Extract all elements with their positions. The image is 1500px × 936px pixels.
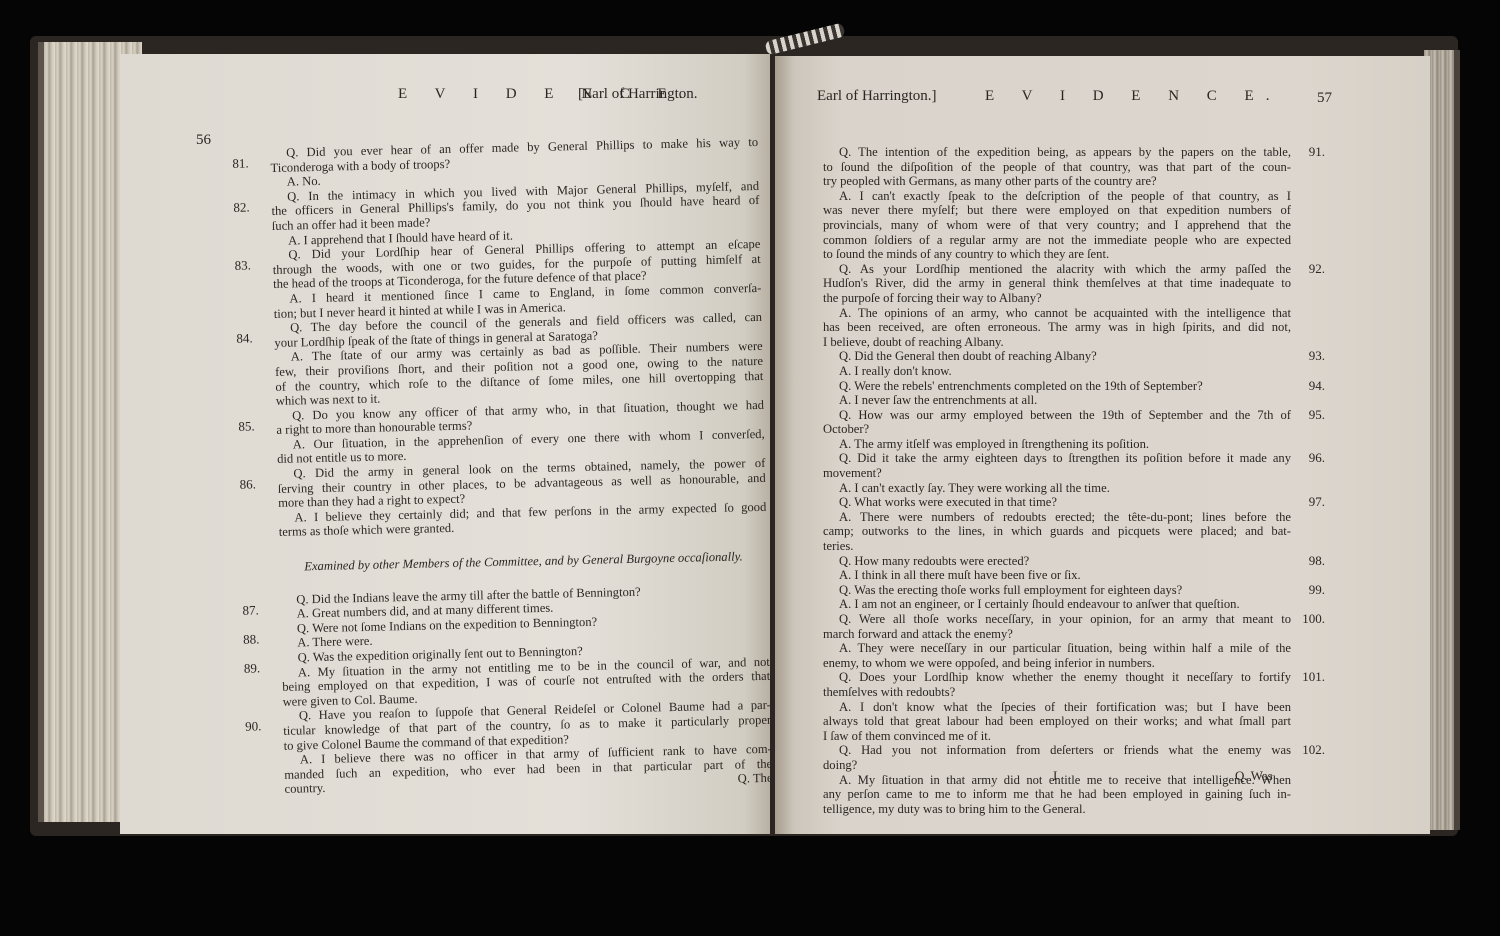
text-line: was never there myſelf; but there were e…	[823, 203, 1291, 218]
catchword: Q. Was	[1235, 768, 1273, 784]
text-line: Hudſon's River, did the army in general …	[823, 276, 1291, 291]
question-number: 97.	[1309, 495, 1325, 510]
text-line: try peopled with Germans, as many other …	[823, 174, 1291, 189]
running-title: E V I D E N C E.	[985, 88, 1281, 105]
text-line: always told that great labour had been e…	[823, 714, 1291, 729]
qa-entry: 99.Q. Was the erecting thoſe works full …	[823, 583, 1291, 612]
question-number: 95.	[1309, 408, 1325, 423]
question-line: Q. Did it take the army eighteen days to…	[823, 451, 1291, 466]
qa-entry: 100.Q. Were all thoſe works neceſſary, i…	[823, 612, 1291, 670]
left-page: 56 E V I D E N C E. [Earl of Harrington.…	[120, 54, 770, 834]
question-number: 83.	[235, 259, 252, 274]
question-number: 92.	[1309, 262, 1325, 277]
question-number: 91.	[1309, 145, 1325, 160]
text-line: telligence, my duty was to bring him to …	[823, 802, 1291, 817]
question-number: 98.	[1309, 554, 1325, 569]
qa-entry: 97.Q. What works were executed in that t…	[823, 495, 1291, 553]
running-name: Earl of Harrington.]	[817, 88, 937, 105]
section-heading: Examined by other Members of the Committ…	[279, 549, 767, 575]
question-number: 84.	[236, 332, 253, 347]
text-line: October?	[823, 422, 1291, 437]
question-number: 85.	[238, 419, 255, 434]
text-line: movement?	[823, 466, 1291, 481]
qa-entry: 91.Q. The intention of the expedition be…	[823, 145, 1291, 262]
answer-line: A. They were neceſſary in our particular…	[823, 641, 1291, 656]
qa-entry: 95.Q. How was our army employed between …	[823, 408, 1291, 452]
text-line: has been received, are often erroneous. …	[823, 320, 1291, 335]
question-number: 96.	[1309, 451, 1325, 466]
question-number: 93.	[1309, 349, 1325, 364]
answer-line: A. I can't exactly ſay. They were workin…	[823, 481, 1291, 496]
page-number: 57	[1317, 90, 1332, 107]
qa-entry: 86.Q. Did the army in general look on th…	[277, 456, 767, 540]
question-line: Q. What works were executed in that time…	[823, 495, 1291, 510]
qa-entry: 90.Q. Have you reaſon to ſuppoſe that Ge…	[283, 698, 773, 797]
question-number: 89.	[244, 661, 261, 676]
answer-line: A. There were numbers of redoubts erecte…	[823, 510, 1291, 525]
question-number: 88.	[243, 632, 260, 647]
page-number: 56	[196, 132, 211, 149]
question-number: 82.	[233, 200, 250, 215]
text-line: enemy, to whom we were oppoſed, and bein…	[823, 656, 1291, 671]
qa-entry: 96.Q. Did it take the army eighteen days…	[823, 451, 1291, 495]
question-line: Q. Were the rebels' entrenchments comple…	[823, 379, 1291, 394]
text-line: the purpoſe of forcing their way to Alba…	[823, 291, 1291, 306]
qa-entry: 92.Q. As your Lordſhip mentioned the ala…	[823, 262, 1291, 350]
qa-entry: 94.Q. Were the rebels' entrenchments com…	[823, 379, 1291, 408]
question-line: Q. How many redoubts were erected?	[823, 554, 1291, 569]
text-line: march forward and attack the enemy?	[823, 627, 1291, 642]
qa-entry: 84.Q. The day before the council of the …	[274, 310, 764, 409]
question-line: Q. As your Lordſhip mentioned the alacri…	[823, 262, 1291, 277]
question-line: Q. The intention of the expedition being…	[823, 145, 1291, 160]
left-text-block: 81.Q. Did you ever hear of an offer made…	[270, 135, 773, 797]
answer-line: A. The opinions of an army, who cannot b…	[823, 306, 1291, 321]
answer-line: A. I really don't know.	[823, 364, 1291, 379]
question-line: Q. Was the erecting thoſe works full emp…	[823, 583, 1291, 598]
text-line: teries.	[823, 539, 1291, 554]
answer-line: A. I can't exactly ſpeak to the deſcript…	[823, 189, 1291, 204]
answer-line: A. I think in all there muſt have been f…	[823, 568, 1291, 583]
qa-entry: 83.Q. Did your Lordſhip hear of General …	[272, 237, 762, 321]
question-number: 90.	[245, 720, 262, 735]
text-line: to ſound the diſpoſition of the people o…	[823, 160, 1291, 175]
text-line: themſelves with redoubts?	[823, 685, 1291, 700]
running-name: [Earl of Harrington.	[578, 86, 698, 103]
text-line: provincials, many of whom were of that v…	[823, 218, 1291, 233]
question-number: 81.	[232, 156, 249, 171]
question-number: 102.	[1302, 743, 1325, 758]
answer-line: A. The army itſelf was employed in ſtren…	[823, 437, 1291, 452]
text-line: I ſaw of them convinced me of it.	[823, 729, 1291, 744]
right-page: Earl of Harrington.] E V I D E N C E. 57…	[775, 56, 1430, 834]
answer-line: A. I don't know what the ſpecies of thei…	[823, 700, 1291, 715]
question-line: Q. Had you not information from deſerter…	[823, 743, 1291, 758]
question-line: Q. Did the General then doubt of reachin…	[823, 349, 1291, 364]
qa-entry: 98.Q. How many redoubts were erected?A. …	[823, 554, 1291, 583]
question-number: 99.	[1309, 583, 1325, 598]
question-number: 86.	[240, 477, 257, 492]
question-number: 101.	[1302, 670, 1325, 685]
question-line: Q. How was our army employed between the…	[823, 408, 1291, 423]
question-number: 87.	[242, 603, 259, 618]
text-line: to ſound the minds of any country to whi…	[823, 247, 1291, 262]
qa-entry: 101.Q. Does your Lordſhip know whether t…	[823, 670, 1291, 743]
question-number: 100.	[1302, 612, 1325, 627]
question-number: 94.	[1309, 379, 1325, 394]
question-line: Q. Does your Lordſhip know whether the e…	[823, 670, 1291, 685]
question-line: Q. Were all thoſe works neceſſary, in yo…	[823, 612, 1291, 627]
answer-line: A. I never ſaw the entrenchments at all.	[823, 393, 1291, 408]
text-line: common ſoldiers of a regular army are no…	[823, 233, 1291, 248]
right-text-block: 91.Q. The intention of the expedition be…	[823, 145, 1291, 816]
text-line: any perſon came to me to inform me that …	[823, 787, 1291, 802]
answer-line: A. I am not an engineer, or I certainly …	[823, 597, 1291, 612]
qa-entry: 93.Q. Did the General then doubt of reac…	[823, 349, 1291, 378]
signature-mark: I	[1053, 768, 1057, 784]
text-line: camp; outworks to the lines, in which gu…	[823, 524, 1291, 539]
text-line: I believe, doubt of reaching Albany.	[823, 335, 1291, 350]
